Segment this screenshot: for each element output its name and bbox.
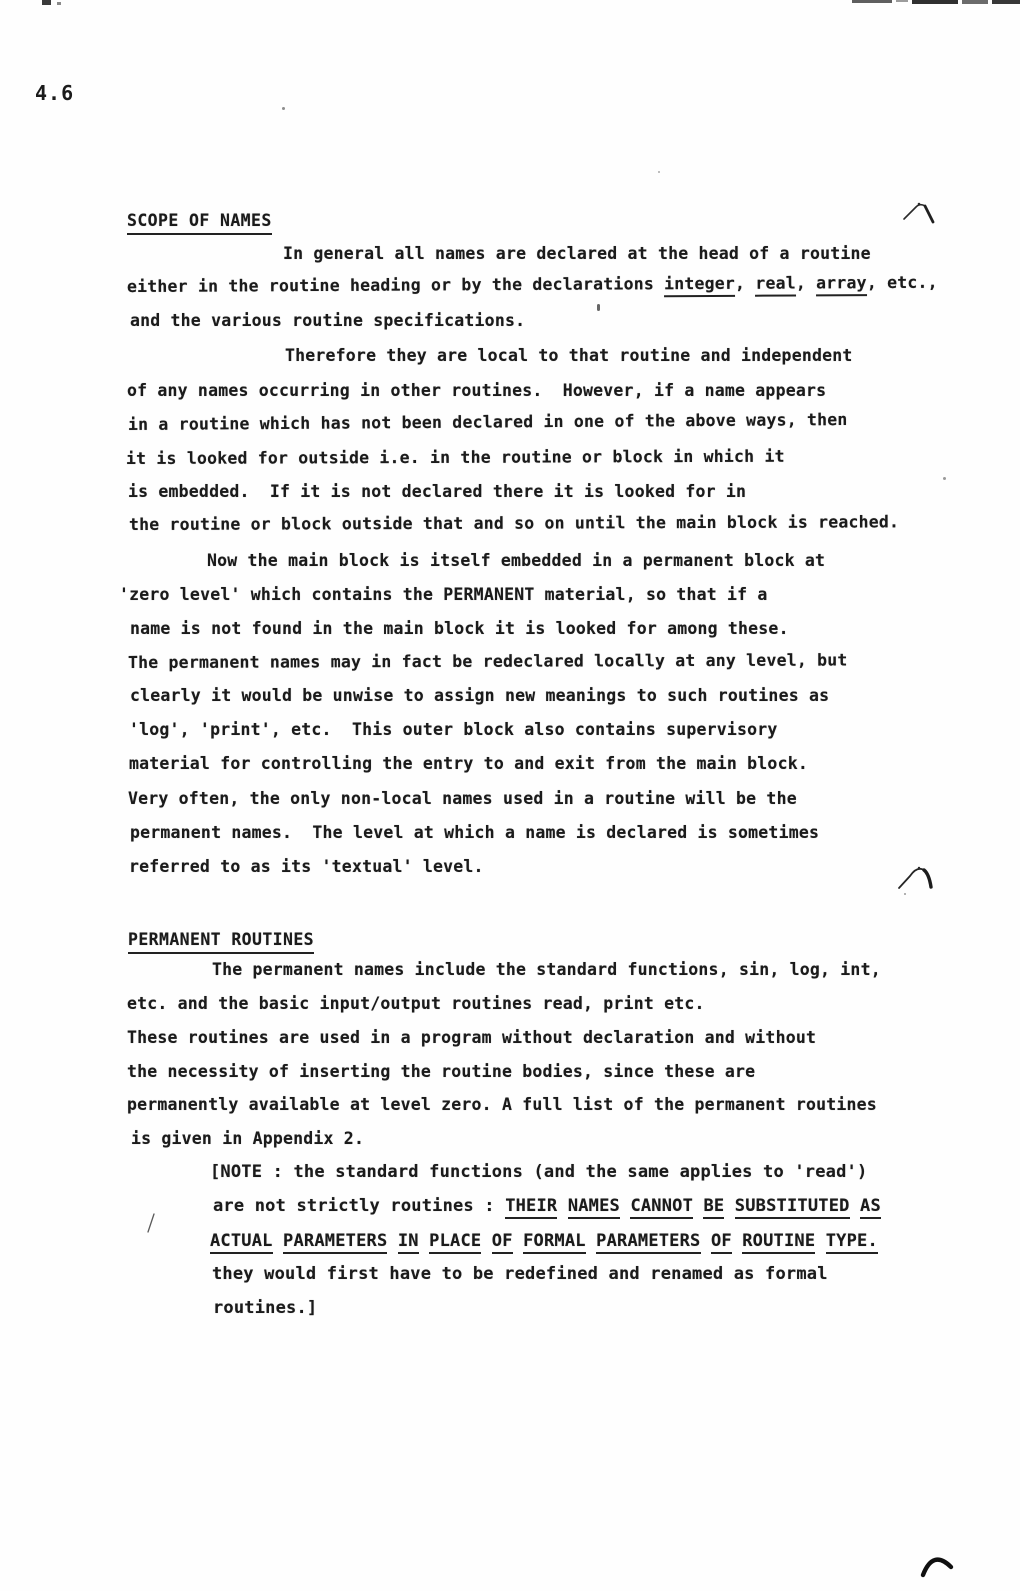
text-line: are not strictly routines : THEIR NAMES … [213,1196,881,1219]
text-line: 'log', 'print', etc. This outer block al… [129,720,778,740]
text-line: is embedded. If it is not declared there… [128,482,746,502]
scan-speck [658,171,660,173]
text-line: In general all names are declared at the… [283,244,871,264]
text-line: of any names occurring in other routines… [127,381,826,401]
scan-edge-artifact [962,0,988,4]
section-heading: PERMANENT ROUTINES [128,930,314,954]
section-heading: SCOPE OF NAMES [127,211,272,235]
text-line: These routines are used in a program wit… [127,1028,816,1048]
document-page: 4.6 SCOPE OF NAMESIn general all names a… [0,0,1020,1591]
text-line: ACTUAL PARAMETERS IN PLACE OF FORMAL PAR… [210,1231,878,1254]
text-line: The permanent names include the standard… [212,960,881,980]
scan-edge-artifact [992,0,1020,4]
text-line: either in the routine heading or by the … [127,273,938,300]
text-line: routines.] [213,1298,317,1318]
text-line: 'zero level' which contains the PERMANEN… [119,585,768,605]
text-line: it is looked for outside i.e. in the rou… [126,447,785,469]
text-line: Now the main block is itself embedded in… [207,551,825,571]
text-line: the necessity of inserting the routine b… [127,1062,755,1082]
text-line: name is not found in the main block it i… [130,619,789,639]
scan-edge-artifact [896,0,908,2]
text-line: Therefore they are local to that routine… [285,346,853,366]
scan-edge-artifact [912,0,958,4]
handwritten-slash-mark-left-margin [144,1212,158,1236]
scan-speck [597,304,600,311]
text-line: Very often, the only non-local names use… [128,789,797,809]
text-line: The permanent names may in fact be redec… [128,650,848,673]
scan-speck [943,477,946,480]
text-line: etc. and the basic input/output routines… [127,994,705,1014]
text-line: referred to as its 'textual' level. [129,857,484,877]
text-line: [NOTE : the standard functions (and the … [210,1162,867,1182]
text-line: permanent names. The level at which a na… [130,823,819,843]
scan-edge-artifact [42,0,51,5]
handwritten-tick-mark-upper-right [903,200,943,230]
text-line: material for controlling the entry to an… [129,754,808,774]
text-line: permanently available at level zero. A f… [127,1095,877,1115]
text-line: they would first have to be redefined an… [212,1264,828,1284]
text-line: in a routine which has not been declared… [128,410,848,435]
handwritten-arc-mark-bottom-right [920,1548,960,1582]
scan-edge-artifact [57,2,61,5]
page-number: 4.6 [35,81,74,105]
scan-speck [282,107,285,110]
handwritten-tick-mark-middle-right [897,860,941,896]
scan-edge-artifact [852,0,892,3]
text-line: and the various routine specifications. [130,311,525,331]
text-line: is given in Appendix 2. [131,1129,364,1149]
text-line: clearly it would be unwise to assign new… [130,686,829,706]
text-line: the routine or block outside that and so… [129,512,899,535]
